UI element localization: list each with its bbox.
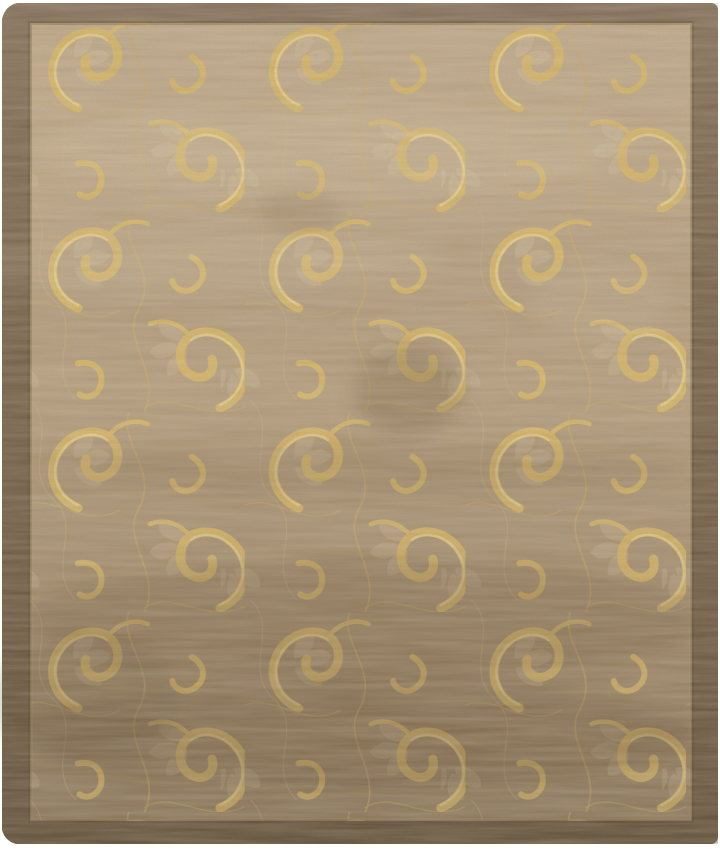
texture-grain-layer: [2, 3, 718, 844]
rug-photo: [0, 0, 720, 849]
rug-photo-svg: [0, 0, 720, 849]
